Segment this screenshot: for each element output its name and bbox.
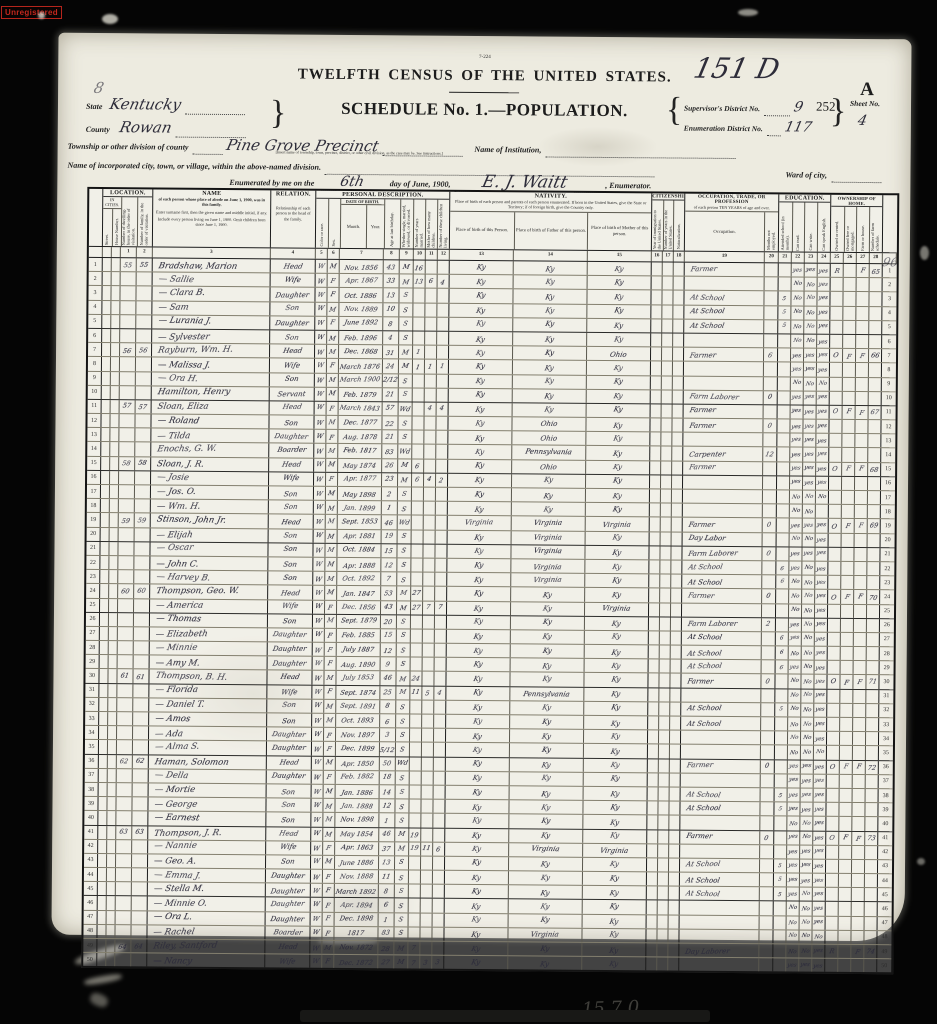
cell-house bbox=[110, 499, 119, 512]
cell-name: — Jos. O. bbox=[151, 485, 269, 499]
cell-dwelling: 58 bbox=[119, 457, 135, 470]
cell-line-left: 14 bbox=[87, 442, 101, 455]
cell-mother-of bbox=[425, 346, 437, 359]
cell-pob-mother: Ky bbox=[583, 858, 647, 872]
cell-owned bbox=[826, 845, 839, 858]
cell-years-us bbox=[662, 404, 673, 417]
cell-age: 20 bbox=[381, 615, 397, 628]
cell-street bbox=[102, 286, 111, 299]
cell-age: 46 bbox=[380, 672, 396, 685]
cell-street bbox=[99, 684, 108, 697]
cell-birth: Dec. 1899 bbox=[336, 742, 380, 756]
cell-birth: Sept. 1874 bbox=[336, 685, 380, 699]
cell-school: 6 bbox=[776, 632, 789, 645]
sex-col-label: Sex. bbox=[332, 239, 337, 247]
cell-farm-house bbox=[853, 718, 866, 731]
cell-relation: Wife bbox=[269, 472, 314, 486]
cell-years-married: 6 bbox=[412, 473, 424, 486]
cell-occupation: Farmer bbox=[684, 348, 764, 362]
cell-pob-father: Ky bbox=[513, 375, 587, 389]
cell-read: yes bbox=[787, 803, 800, 816]
cell-owned: O bbox=[827, 675, 840, 688]
cell-school bbox=[779, 278, 792, 291]
cell-pob: Ky bbox=[449, 303, 513, 317]
cell-dwelling bbox=[118, 599, 134, 612]
cell-family: 60 bbox=[134, 585, 150, 598]
cell-line-right: 49 bbox=[877, 945, 891, 958]
cell-immigration bbox=[648, 702, 659, 715]
cell-dwelling bbox=[116, 854, 132, 867]
cell-pob-father: Ky bbox=[509, 871, 583, 885]
cell-months-not-employed bbox=[762, 604, 776, 617]
pob-mother-col-label: Place of birth of Mother of this person. bbox=[587, 212, 651, 250]
cell-english: yes bbox=[815, 647, 828, 660]
cell-color: W bbox=[311, 799, 323, 812]
cell-age: 3 bbox=[380, 728, 396, 741]
cell-street bbox=[101, 428, 110, 441]
cell-immigration bbox=[648, 787, 659, 800]
cell-age: 6 bbox=[379, 899, 395, 912]
cell-months-not-employed: 6 bbox=[764, 348, 778, 361]
cell-street bbox=[100, 599, 109, 612]
cell-write: No bbox=[801, 732, 814, 745]
cell-naturalization bbox=[673, 305, 684, 318]
cell-sex: F bbox=[327, 402, 339, 415]
cell-write: No bbox=[802, 590, 815, 603]
cell-pob-father: Ky bbox=[513, 403, 587, 417]
cell-children-living bbox=[433, 913, 445, 926]
cell-write: No bbox=[801, 675, 814, 688]
county-value: Rowan bbox=[118, 118, 174, 136]
cell-line-left: 49 bbox=[83, 939, 97, 952]
cell-immigration bbox=[647, 887, 658, 900]
cell-street bbox=[101, 528, 110, 541]
cell-color: W bbox=[315, 302, 327, 315]
cell-name: — Lurania J. bbox=[152, 315, 270, 329]
cell-pob: Ky bbox=[449, 332, 513, 346]
cell-english: No bbox=[816, 491, 829, 504]
cell-line-right: 7 bbox=[882, 349, 896, 362]
cell-free-mortgaged bbox=[840, 789, 853, 802]
cell-occupation bbox=[684, 376, 764, 390]
cell-mother-of bbox=[423, 615, 435, 628]
cell-read: yes bbox=[787, 859, 800, 872]
cell-years-married bbox=[412, 417, 424, 430]
cell-years-married bbox=[413, 388, 425, 401]
cell-house bbox=[111, 386, 120, 399]
cell-farm-house: F bbox=[856, 406, 869, 419]
cell-write: No bbox=[805, 278, 818, 291]
cell-years-us bbox=[662, 348, 673, 361]
cell-occupation bbox=[684, 334, 764, 348]
cell-birth: Apr. 1888 bbox=[337, 558, 381, 572]
cell-age: 10 bbox=[383, 303, 399, 316]
cell-house bbox=[111, 315, 120, 328]
cell-immigration bbox=[650, 418, 661, 431]
cell-marital: S bbox=[395, 885, 409, 898]
cell-age: 5/12 bbox=[380, 743, 396, 756]
cell-naturalization bbox=[673, 362, 684, 375]
cell-months-not-employed bbox=[760, 802, 774, 815]
cell-months-not-employed bbox=[759, 930, 773, 943]
cell-years-married bbox=[409, 885, 421, 898]
cell-farm-schedule: 69 bbox=[868, 519, 881, 532]
cell-pob-father: Ky bbox=[509, 800, 583, 814]
cell-years-us bbox=[659, 674, 670, 687]
cell-naturalization bbox=[672, 518, 683, 531]
cell-naturalization bbox=[673, 404, 684, 417]
cell-mother-of bbox=[421, 814, 433, 827]
cell-name: — Elizabeth bbox=[150, 627, 268, 641]
cell-read: yes bbox=[790, 519, 803, 532]
cell-mother-of bbox=[422, 715, 434, 728]
cell-immigration bbox=[648, 731, 659, 744]
cell-mother-of: 6 bbox=[426, 275, 438, 288]
cell-occupation bbox=[685, 277, 765, 291]
cell-children-living bbox=[436, 417, 448, 430]
cell-house bbox=[111, 329, 120, 342]
cell-relation: Boarder bbox=[269, 444, 314, 458]
cell-line-left: 17 bbox=[87, 485, 101, 498]
cell-line-right: 43 bbox=[878, 860, 892, 873]
cell-family bbox=[133, 712, 149, 725]
cell-line-left: 20 bbox=[87, 527, 101, 540]
cell-line-left: 10 bbox=[88, 386, 102, 399]
cell-line-left: 45 bbox=[84, 882, 98, 895]
cell-name: — Josie bbox=[151, 471, 269, 485]
cell-pob: Ky bbox=[447, 615, 511, 629]
cell-pob: Ky bbox=[449, 360, 513, 374]
cell-read: yes bbox=[789, 661, 802, 674]
cell-relation: Son bbox=[268, 557, 313, 571]
personal-description-group-header: PERSONAL DESCRIPTION. Color or race. Sex… bbox=[316, 191, 450, 249]
cell-immigration bbox=[651, 319, 662, 332]
cell-line-left: 13 bbox=[87, 428, 101, 441]
cell-children-living bbox=[437, 346, 449, 359]
cell-naturalization bbox=[671, 617, 682, 630]
cell-naturalization bbox=[670, 745, 681, 758]
education-group-header: EDUCATION. Attended school (in months). … bbox=[779, 194, 831, 251]
cell-pob-mother: Virginia bbox=[585, 602, 649, 616]
cell-read: yes bbox=[787, 831, 800, 844]
cell-occupation: Farmer bbox=[681, 759, 761, 773]
cell-english: yes bbox=[813, 817, 826, 830]
cell-read: No bbox=[790, 505, 803, 518]
cell-house bbox=[107, 811, 116, 824]
cell-immigration bbox=[649, 560, 660, 573]
cell-age: 23 bbox=[382, 473, 398, 486]
cell-write: No bbox=[804, 334, 817, 347]
cell-mother-of bbox=[423, 629, 435, 642]
cell-farm-schedule bbox=[866, 746, 879, 759]
cell-school bbox=[778, 405, 791, 418]
cell-read: yes bbox=[791, 349, 804, 362]
cell-english: yes bbox=[812, 959, 825, 972]
cell-color: W bbox=[311, 884, 323, 897]
cell-occupation: At School bbox=[681, 702, 761, 716]
cell-owned bbox=[828, 661, 841, 674]
cell-pob-father: Ky bbox=[513, 318, 587, 332]
cell-months-not-employed bbox=[764, 377, 778, 390]
cell-house bbox=[111, 372, 120, 385]
cell-naturalization bbox=[671, 546, 682, 559]
cell-name: — Harvey B. bbox=[150, 571, 268, 585]
cell-farm-house bbox=[854, 633, 867, 646]
cell-read: No bbox=[786, 944, 799, 957]
cell-marital: S bbox=[398, 487, 412, 500]
cell-birth: March 1900 bbox=[339, 373, 383, 387]
cell-age: 83 bbox=[382, 445, 398, 458]
cell-english: yes bbox=[813, 916, 826, 929]
cell-immigration bbox=[647, 915, 658, 928]
cell-sex: F bbox=[325, 643, 337, 656]
cell-immigration bbox=[650, 504, 661, 517]
cell-sex: F bbox=[323, 841, 335, 854]
cell-free-mortgaged bbox=[839, 803, 852, 816]
cell-free-mortgaged bbox=[838, 959, 851, 972]
cell-family bbox=[134, 542, 150, 555]
cell-line-right: 50 bbox=[877, 959, 891, 972]
cell-school bbox=[777, 476, 790, 489]
cell-marital: M bbox=[394, 956, 408, 969]
cell-years-married bbox=[410, 729, 422, 742]
cell-read: yes bbox=[790, 419, 803, 432]
cell-free-mortgaged bbox=[840, 704, 853, 717]
cell-naturalization bbox=[672, 532, 683, 545]
cell-school bbox=[777, 490, 790, 503]
cell-pob-mother: Ky bbox=[587, 390, 651, 404]
cell-dwelling bbox=[117, 769, 133, 782]
cell-pob-father: Ky bbox=[510, 701, 584, 715]
cell-farm-schedule bbox=[869, 292, 882, 305]
cell-line-right: 18 bbox=[881, 505, 895, 518]
cell-children-living bbox=[435, 658, 447, 671]
house-number-col-label: House Number. bbox=[115, 218, 120, 245]
cell-family bbox=[132, 897, 148, 910]
months-not-employed-col-label: Months not employed. bbox=[767, 212, 777, 250]
cell-immigration bbox=[649, 589, 660, 602]
cell-write: No bbox=[800, 831, 813, 844]
cell-family: 58 bbox=[135, 457, 151, 470]
cell-pob: Ky bbox=[446, 686, 510, 700]
cell-farm-house bbox=[854, 661, 867, 674]
cell-children-living bbox=[433, 871, 445, 884]
cell-line-right: 25 bbox=[880, 605, 894, 618]
cell-occupation bbox=[683, 490, 763, 504]
column-number: 20 bbox=[765, 252, 779, 262]
cell-children-living bbox=[437, 303, 449, 316]
cell-dwelling bbox=[121, 272, 137, 285]
cell-pob-mother: Ky bbox=[586, 418, 650, 432]
cell-school: 5 bbox=[775, 788, 788, 801]
cell-family bbox=[134, 570, 150, 583]
cell-immigration bbox=[647, 830, 658, 843]
cell-sex: F bbox=[323, 884, 335, 897]
cell-write: No bbox=[802, 561, 815, 574]
cell-name: — America bbox=[150, 599, 268, 613]
sheet-label: Sheet No. bbox=[850, 99, 880, 108]
column-number: 28 bbox=[870, 253, 883, 263]
cell-street bbox=[100, 542, 109, 555]
cell-house bbox=[106, 953, 115, 966]
cell-years-us bbox=[660, 589, 671, 602]
cell-line-left: 36 bbox=[85, 754, 99, 767]
cell-years-married bbox=[411, 629, 423, 642]
cell-farm-schedule: 65 bbox=[870, 264, 883, 277]
cell-line-left: 39 bbox=[84, 797, 98, 810]
cell-immigration bbox=[649, 617, 660, 630]
cell-birth: Sept. 1879 bbox=[337, 615, 381, 629]
cell-marital: S bbox=[399, 317, 413, 330]
cell-years-married bbox=[413, 289, 425, 302]
cell-naturalization bbox=[669, 873, 680, 886]
cell-pob-father: Virginia bbox=[511, 573, 585, 587]
film-smudge bbox=[88, 991, 109, 1009]
cell-write: No bbox=[802, 632, 815, 645]
cell-children-living: 6 bbox=[433, 842, 445, 855]
cell-farm-schedule bbox=[865, 803, 878, 816]
cell-farm-schedule bbox=[865, 874, 878, 887]
cell-house bbox=[107, 826, 116, 839]
cell-sex: M bbox=[327, 345, 339, 358]
cell-children-living: 4 bbox=[438, 275, 450, 288]
cell-pob-mother: Ky bbox=[584, 744, 648, 758]
cell-owned: R bbox=[825, 945, 838, 958]
cell-children-living: 3 bbox=[432, 956, 444, 969]
cell-children-living bbox=[434, 771, 446, 784]
cell-house bbox=[111, 301, 120, 314]
cell-age: 1 bbox=[379, 913, 395, 926]
column-number: 27 bbox=[857, 253, 870, 263]
cell-relation: Son bbox=[267, 699, 312, 713]
cell-occupation bbox=[679, 958, 759, 972]
cell-sex: F bbox=[322, 927, 334, 940]
cell-line-left: 12 bbox=[87, 414, 101, 427]
cell-line-right: 17 bbox=[881, 491, 895, 504]
cell-street bbox=[99, 698, 108, 711]
cell-house bbox=[109, 584, 118, 597]
cell-dwelling bbox=[119, 485, 135, 498]
cell-pob: Ky bbox=[446, 757, 510, 771]
cell-marital: M bbox=[396, 686, 410, 699]
cell-write: No bbox=[800, 888, 813, 901]
cell-birth: Nov. 1872 bbox=[334, 941, 378, 955]
cell-sex: M bbox=[326, 458, 338, 471]
cell-english: yes bbox=[816, 533, 829, 546]
cell-pob-mother: Ky bbox=[587, 404, 651, 418]
cell-house bbox=[111, 286, 120, 299]
cell-line-right: 1 bbox=[883, 264, 897, 277]
cell-children-living bbox=[436, 431, 448, 444]
cell-years-us bbox=[659, 716, 670, 729]
cell-family bbox=[136, 386, 152, 399]
cell-line-left: 33 bbox=[85, 712, 99, 725]
cell-years-married: 16 bbox=[414, 260, 426, 273]
cell-years-married: 7 bbox=[408, 941, 420, 954]
cell-farm-house: F bbox=[855, 463, 868, 476]
enumeration-district-label: Enumeration District No. bbox=[684, 124, 763, 134]
cell-years-married: 19 bbox=[409, 828, 421, 841]
cell-pob: Ky bbox=[446, 729, 510, 743]
cell-birth: Nov. 1889 bbox=[339, 302, 383, 316]
cell-children-living bbox=[437, 317, 449, 330]
cell-street bbox=[100, 613, 109, 626]
cell-pob-father: Virginia bbox=[512, 531, 586, 545]
cell-birth: May 1898 bbox=[338, 487, 382, 501]
cell-family bbox=[136, 287, 152, 300]
cell-children-living bbox=[438, 261, 450, 274]
cell-street bbox=[98, 797, 107, 810]
cell-pob-father: Ohio bbox=[512, 460, 586, 474]
cell-relation: Son bbox=[267, 784, 312, 798]
cell-line-left: 1 bbox=[89, 258, 103, 271]
cell-street bbox=[98, 882, 107, 895]
cell-english: yes bbox=[816, 434, 829, 447]
cell-school bbox=[777, 434, 790, 447]
cell-birth: Apr. 1894 bbox=[335, 898, 379, 912]
cell-years-married bbox=[412, 516, 424, 529]
cell-street bbox=[102, 301, 111, 314]
cell-relation: Head bbox=[270, 344, 315, 358]
cell-color: W bbox=[313, 643, 325, 656]
cell-years-married bbox=[409, 800, 421, 813]
cell-name: — Mortie bbox=[149, 783, 267, 797]
cell-farm-schedule bbox=[869, 378, 882, 391]
cell-write: No bbox=[802, 576, 815, 589]
cell-birth: May 1854 bbox=[335, 827, 379, 841]
cell-dwelling bbox=[120, 357, 136, 370]
cell-owned: O bbox=[828, 590, 841, 603]
cell-marital: M bbox=[397, 587, 411, 600]
cell-sex: M bbox=[327, 302, 339, 315]
cell-birth: June 1892 bbox=[339, 317, 383, 331]
cell-marital: S bbox=[399, 331, 413, 344]
cell-read: yes bbox=[792, 263, 805, 276]
cell-years-married bbox=[410, 785, 422, 798]
cell-line-right: 16 bbox=[881, 477, 895, 490]
cell-sex: M bbox=[326, 501, 338, 514]
cell-farm-schedule bbox=[868, 448, 881, 461]
supervisor-district-value: 9 bbox=[792, 99, 804, 115]
cell-mother-of bbox=[423, 573, 435, 586]
cell-read: No bbox=[788, 717, 801, 730]
cell-birth: Feb. 1885 bbox=[337, 629, 381, 643]
cell-family bbox=[133, 684, 149, 697]
cell-school bbox=[774, 902, 787, 915]
cell-farm-schedule bbox=[867, 562, 880, 575]
cell-owned bbox=[827, 774, 840, 787]
column-number: 14 bbox=[514, 250, 588, 261]
cell-english: yes bbox=[816, 420, 829, 433]
cell-street bbox=[99, 712, 108, 725]
cell-write: No bbox=[802, 647, 815, 660]
cell-farm-house bbox=[854, 604, 867, 617]
cell-color: W bbox=[311, 827, 323, 840]
cell-months-not-employed bbox=[762, 660, 776, 673]
cell-children-living bbox=[434, 672, 446, 685]
cell-years-us bbox=[660, 575, 671, 588]
cell-immigration bbox=[651, 376, 662, 389]
cell-color: W bbox=[312, 714, 324, 727]
cell-occupation: At School bbox=[684, 305, 764, 319]
cell-months-not-employed bbox=[764, 363, 778, 376]
cell-months-not-employed: 0 bbox=[762, 590, 776, 603]
cell-age: 18 bbox=[380, 771, 396, 784]
cell-pob-father: Pennsylvania bbox=[510, 687, 584, 701]
cell-english: yes bbox=[817, 406, 830, 419]
cell-children-living bbox=[436, 516, 448, 529]
cell-pob-father: Ky bbox=[510, 729, 584, 743]
